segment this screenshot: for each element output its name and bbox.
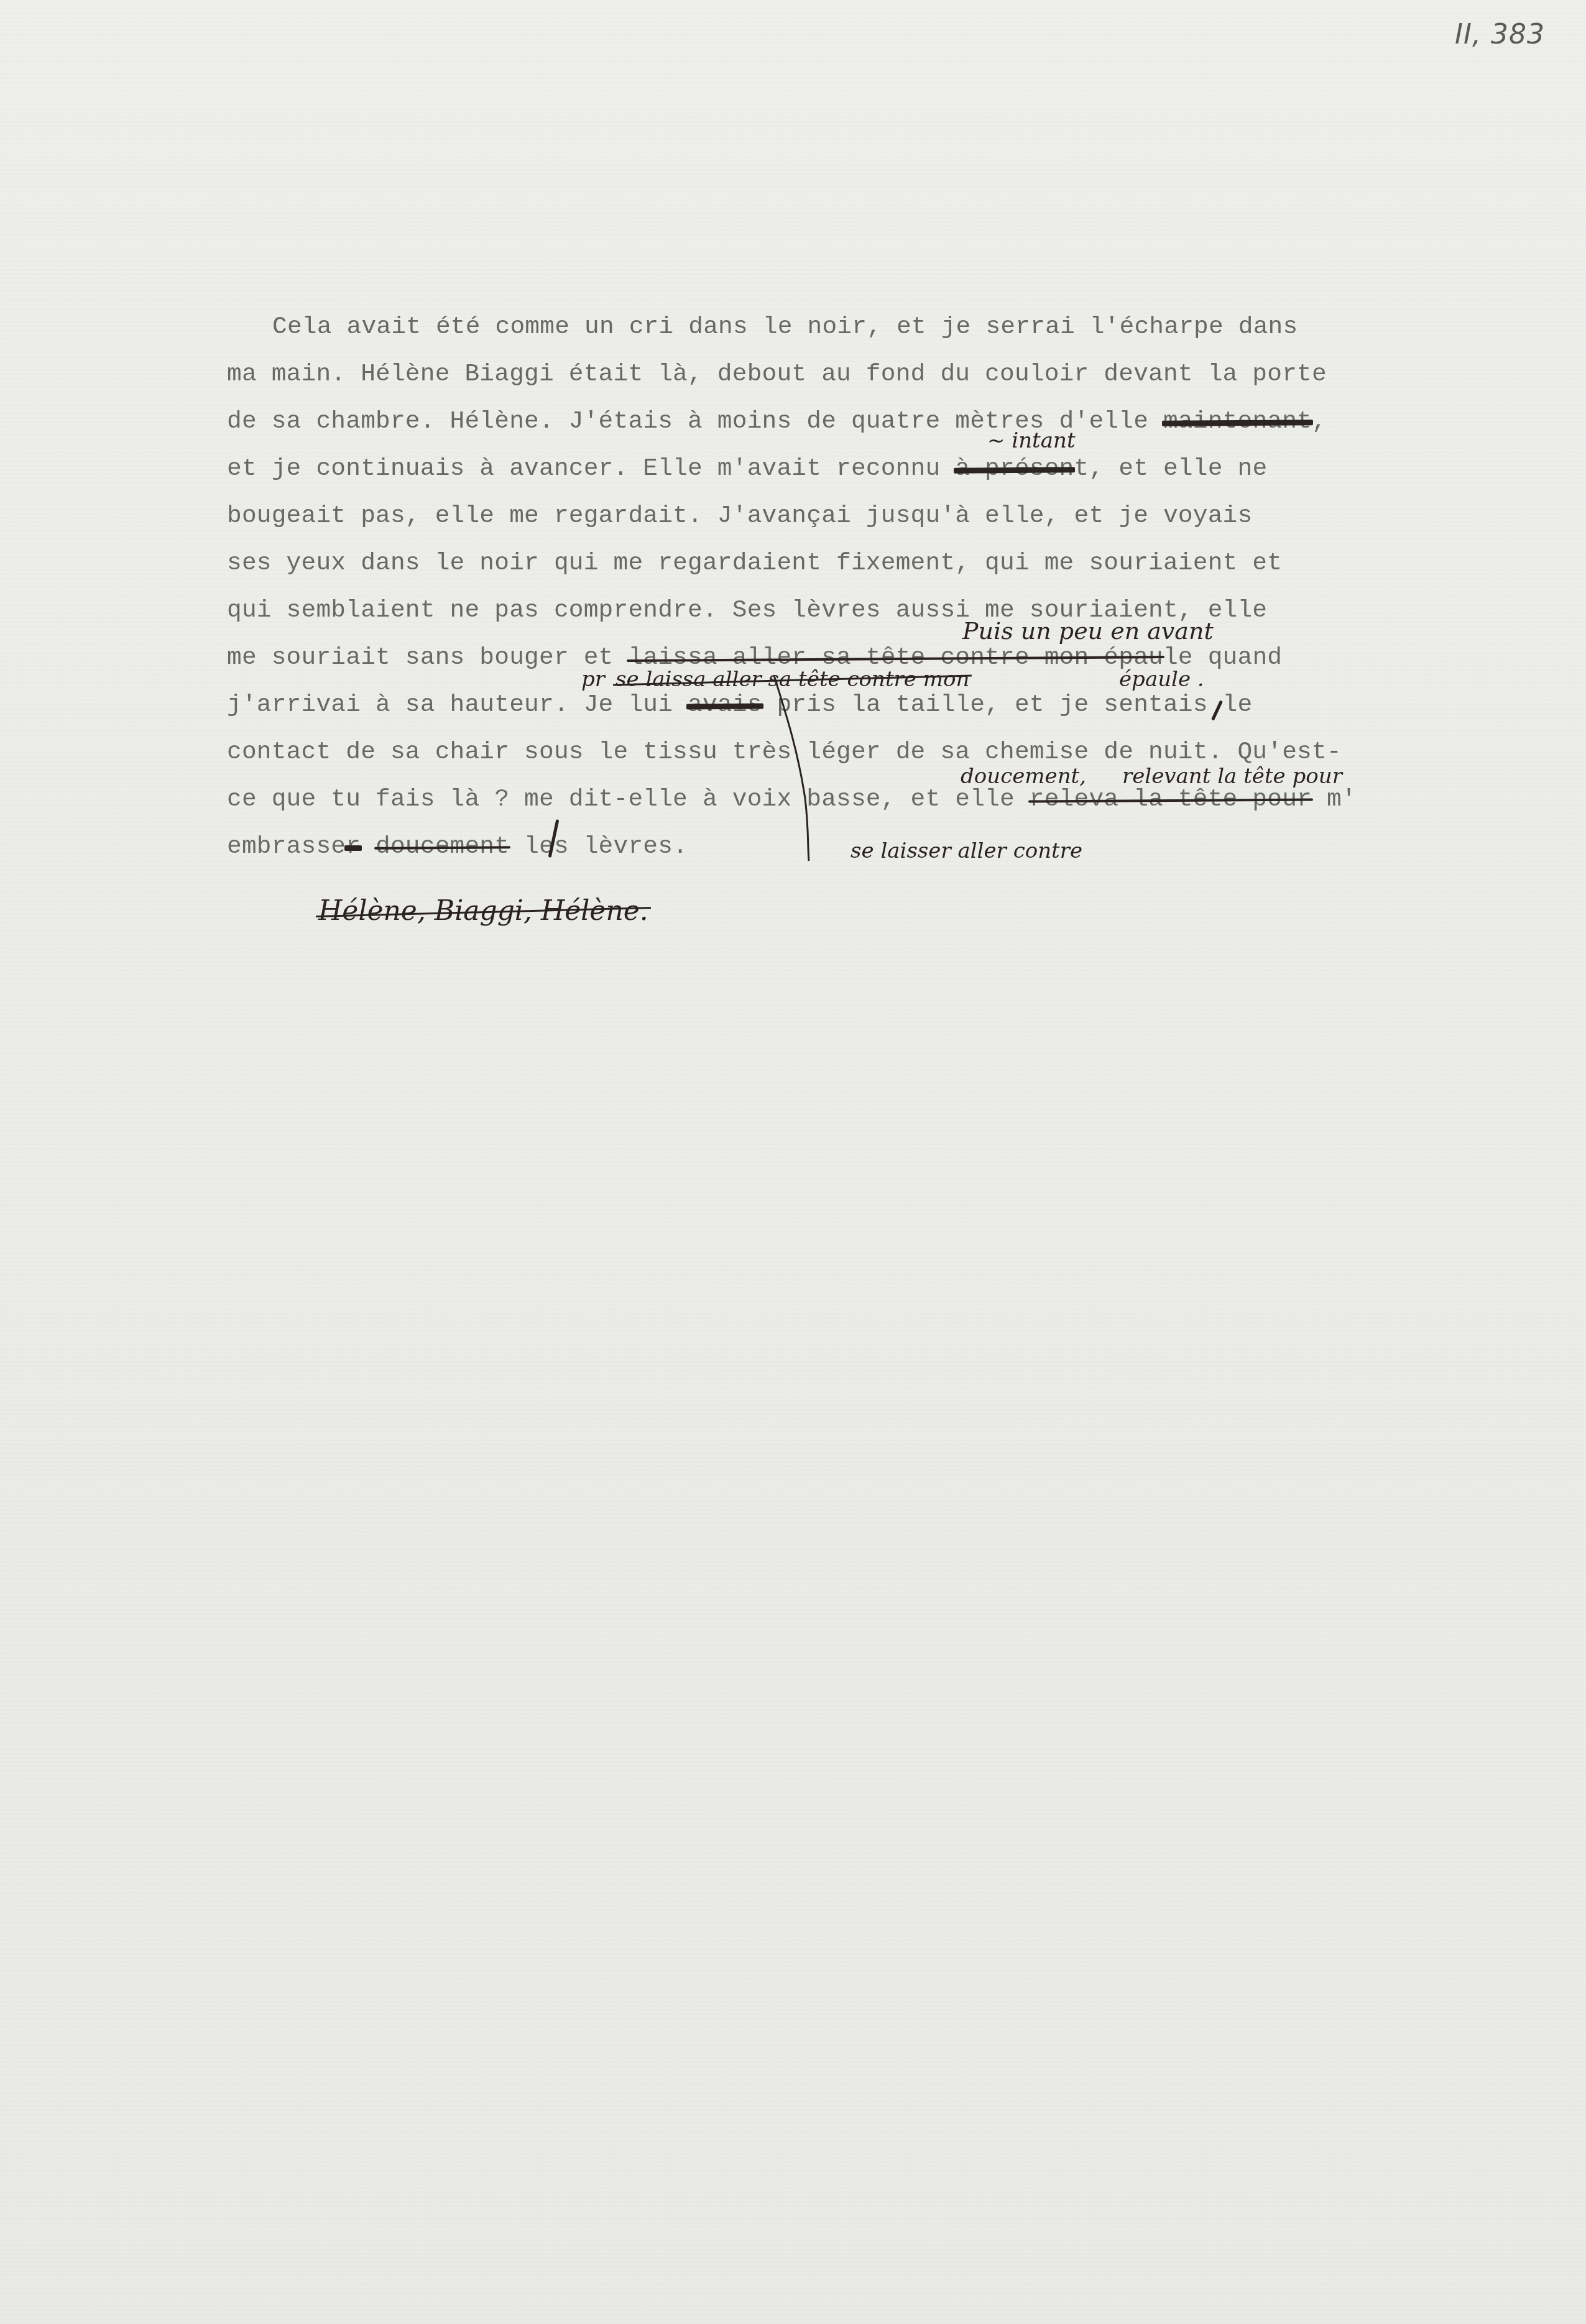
handwritten-insert-epaule: épaule . xyxy=(1119,669,1204,690)
handwritten-insert-line-4: ~ intant xyxy=(987,430,1076,451)
typed-line-8: me souriait sans bouger et laissa aller … xyxy=(227,645,1282,670)
typed-line-3: de sa chambre. Hélène. J'étais à moins d… xyxy=(227,409,1327,434)
handwritten-insert-bottom: se laisser aller contre xyxy=(851,840,1082,861)
handwritten-insert-relevant: relevant la tête pour xyxy=(1122,766,1342,787)
struck-word: maintenant xyxy=(1163,407,1312,435)
folio-number: II, 383 xyxy=(1455,19,1545,50)
handwritten-prefix: pr xyxy=(581,669,605,690)
struck-phrase: releva la tête pour xyxy=(1030,785,1312,813)
handwritten-insert-line-8: Puis un peu en avant xyxy=(962,619,1214,643)
struck-word: à présen xyxy=(955,454,1074,482)
typed-line-2: ma main. Hélène Biaggi était là, debout … xyxy=(227,362,1327,387)
struck-word: avais xyxy=(688,691,762,719)
struck-letter: r xyxy=(346,832,361,860)
typed-line-5: bougeait pas, elle me regardait. J'avanç… xyxy=(227,503,1252,528)
handwritten-struck-signature: Hélène, Biaggi, Hélène. xyxy=(318,898,648,925)
handwritten-insert-doucement: doucement, xyxy=(961,766,1086,787)
paper-page xyxy=(0,0,1586,2324)
struck-word: doucement xyxy=(376,832,509,860)
handwritten-insertion-line xyxy=(773,674,816,864)
typed-line-6: ses yeux dans le noir qui me regardaient… xyxy=(227,551,1282,576)
typed-line-1: Cela avait été comme un cri dans le noir… xyxy=(272,315,1298,339)
typed-line-9: j'arrivai à sa hauteur. Je lui avais pri… xyxy=(227,692,1252,717)
typed-line-4: et je continuais à avancer. Elle m'avait… xyxy=(227,456,1267,481)
typed-line-12: embrasser doucement les lèvres. xyxy=(227,834,688,859)
